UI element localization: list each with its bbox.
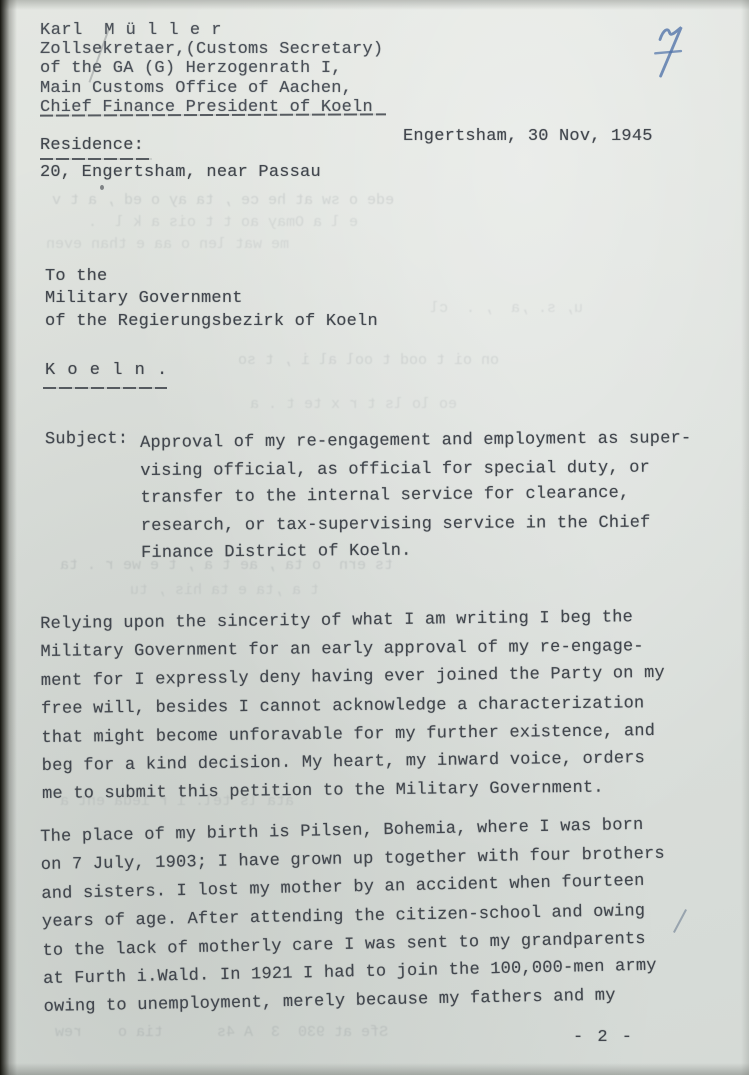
scan-edge-left (0, 0, 17, 1075)
scanned-letter-page: ede o sw at he ce , ta ay o ed , a t v e… (0, 0, 749, 1075)
bleed-through-line: eo lo ls t r x te t . a (250, 396, 457, 413)
body-paragraph-1: Relying upon the sincerity of what I am … (40, 604, 666, 810)
bleed-through-line: on oi t ood t ool al i , t so (238, 352, 499, 369)
body-paragraph-2: The place of my birth is Pilsen, Bohemia… (40, 811, 668, 1022)
subject-label: Subject: (45, 430, 128, 450)
bleed-through-line: e l a Omay ao t t ois a k l . (88, 214, 358, 231)
residence-underline (40, 158, 152, 160)
recipient-line: Military Government (45, 288, 378, 310)
bleed-through-line: t a ,ta e ta his , tu (130, 582, 319, 599)
page-number: - 2 - (573, 1028, 634, 1047)
residence-label: Residence: (40, 136, 144, 155)
sender-name: Karl M ü l l e r (40, 21, 383, 40)
recipient-city: K o e l n . (45, 361, 168, 380)
handwritten-seven-mark (647, 18, 700, 88)
bleed-through-line: ede o sw at he ce , ta ay o ed , a t v (52, 192, 394, 209)
recipient-line: of the Regierungsbezirk of Koeln (45, 311, 378, 333)
subject-line: transfer to the internal service for cle… (140, 479, 692, 512)
scan-edge-top (0, 0, 749, 10)
scan-edge-right (741, 0, 749, 1075)
body-line: free will, besides I cannot acknowledge … (41, 690, 665, 724)
pen-nick-mark (673, 909, 687, 933)
subject-line: Approval of my re-engagement and employm… (140, 425, 692, 457)
sender-block: Karl M ü l l e r Zollsekretaer,(Customs … (40, 21, 383, 117)
recipient-line: To the (45, 266, 378, 288)
residence-address: 20, Engertsham, near Passau (40, 163, 321, 182)
ink-dot-mark (100, 185, 104, 190)
scan-edge-bottom (0, 1063, 749, 1075)
subject-text: Approval of my re-engagement and employm… (140, 425, 692, 568)
bleed-through-line: me wat len o aa e than even (46, 236, 289, 253)
sender-role-line: Zollsekretaer,(Customs Secretary) (40, 40, 383, 59)
bleed-through-line: u, s. ,a , . cl (430, 300, 583, 317)
bleed-through-line: Sfe at 930 3 A 4s tia o rew (55, 1024, 388, 1041)
recipient-block: To the Military Government of the Regier… (45, 266, 378, 333)
subject-line: research, or tax-supervising service in … (141, 509, 692, 540)
recipient-city-underline (43, 387, 167, 389)
dateline: Engertsham, 30 Nov, 1945 (403, 127, 653, 146)
subject-line: Finance District of Koeln. (141, 536, 693, 568)
sender-role-line: Main Customs Office of Aachen, (40, 79, 383, 98)
